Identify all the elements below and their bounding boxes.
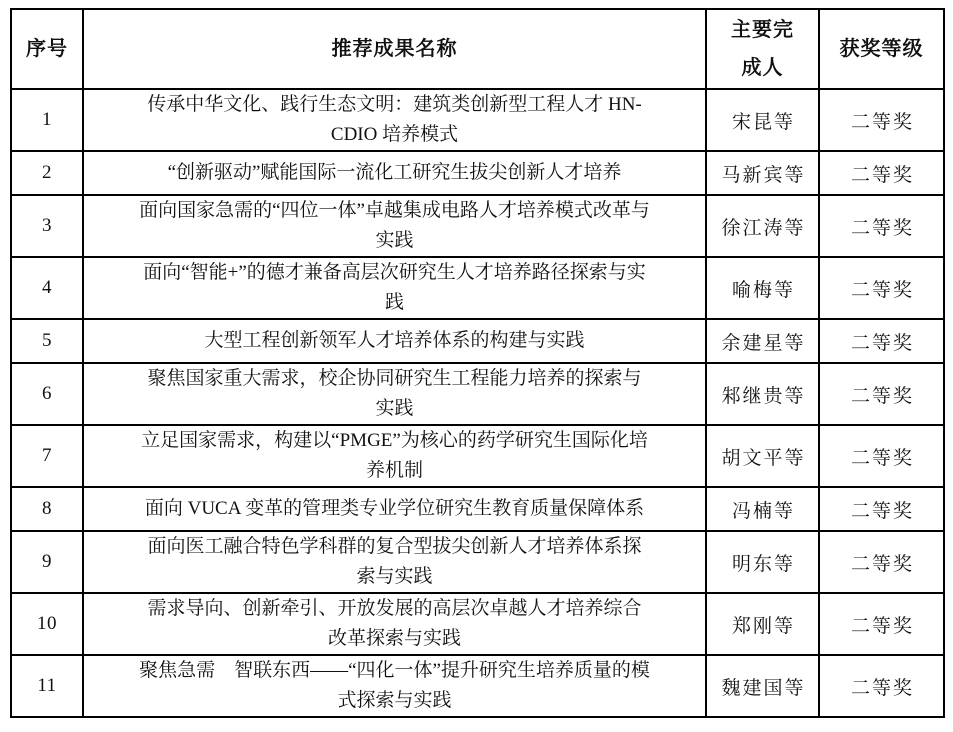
cell-achievement-name: 面向 VUCA 变革的管理类专业学位研究生教育质量保障体系 — [83, 487, 706, 531]
cell-contributors: 马新宾等 — [706, 151, 819, 195]
cell-award-level: 二等奖 — [819, 195, 944, 257]
cell-contributors: 邾继贵等 — [706, 363, 819, 425]
cell-achievement-name: 需求导向、创新牵引、开放发展的高层次卓越人才培养综合改革探索与实践 — [83, 593, 706, 655]
table-row: 2 “创新驱动”赋能国际一流化工研究生拔尖创新人才培养 马新宾等 二等奖 — [11, 151, 944, 195]
cell-index: 9 — [11, 531, 83, 593]
cell-award-level: 二等奖 — [819, 319, 944, 363]
cell-contributors: 魏建国等 — [706, 655, 819, 717]
cell-index: 7 — [11, 425, 83, 487]
cell-index: 6 — [11, 363, 83, 425]
header-row: 序号 推荐成果名称 主要完成人 获奖等级 — [11, 9, 944, 89]
cell-contributors: 宋昆等 — [706, 89, 819, 151]
cell-index: 4 — [11, 257, 83, 319]
table-row: 4 面向“智能+”的德才兼备高层次研究生人才培养路径探索与实践 喻梅等 二等奖 — [11, 257, 944, 319]
cell-index: 5 — [11, 319, 83, 363]
column-header-award: 获奖等级 — [819, 9, 944, 89]
cell-award-level: 二等奖 — [819, 363, 944, 425]
table-row: 9 面向医工融合特色学科群的复合型拔尖创新人才培养体系探索与实践 明东等 二等奖 — [11, 531, 944, 593]
table-row: 5 大型工程创新领军人才培养体系的构建与实践 余建星等 二等奖 — [11, 319, 944, 363]
cell-contributors: 冯楠等 — [706, 487, 819, 531]
table-body: 1 传承中华文化、践行生态文明：建筑类创新型工程人才 HN-CDIO 培养模式 … — [11, 89, 944, 717]
cell-index: 2 — [11, 151, 83, 195]
column-header-contributors-label: 主要完成人 — [730, 11, 796, 87]
cell-contributors: 徐江涛等 — [706, 195, 819, 257]
cell-award-level: 二等奖 — [819, 531, 944, 593]
cell-award-level: 二等奖 — [819, 89, 944, 151]
table-row: 6 聚焦国家重大需求，校企协同研究生工程能力培养的探索与实践 邾继贵等 二等奖 — [11, 363, 944, 425]
column-header-name: 推荐成果名称 — [83, 9, 706, 89]
table-row: 10 需求导向、创新牵引、开放发展的高层次卓越人才培养综合改革探索与实践 郑刚等… — [11, 593, 944, 655]
table-row: 8 面向 VUCA 变革的管理类专业学位研究生教育质量保障体系 冯楠等 二等奖 — [11, 487, 944, 531]
awards-table: 序号 推荐成果名称 主要完成人 获奖等级 1 传承中华文化、践行生态文明：建筑类… — [10, 8, 945, 718]
cell-contributors: 胡文平等 — [706, 425, 819, 487]
cell-achievement-name: 面向“智能+”的德才兼备高层次研究生人才培养路径探索与实践 — [83, 257, 706, 319]
column-header-contributors: 主要完成人 — [706, 9, 819, 89]
cell-award-level: 二等奖 — [819, 487, 944, 531]
cell-index: 1 — [11, 89, 83, 151]
cell-contributors: 郑刚等 — [706, 593, 819, 655]
cell-achievement-name: 传承中华文化、践行生态文明：建筑类创新型工程人才 HN-CDIO 培养模式 — [83, 89, 706, 151]
cell-index: 8 — [11, 487, 83, 531]
cell-achievement-name: “创新驱动”赋能国际一流化工研究生拔尖创新人才培养 — [83, 151, 706, 195]
cell-contributors: 明东等 — [706, 531, 819, 593]
table-row: 7 立足国家需求，构建以“PMGE”为核心的药学研究生国际化培养机制 胡文平等 … — [11, 425, 944, 487]
table-row: 1 传承中华文化、践行生态文明：建筑类创新型工程人才 HN-CDIO 培养模式 … — [11, 89, 944, 151]
cell-index: 11 — [11, 655, 83, 717]
cell-achievement-name: 面向医工融合特色学科群的复合型拔尖创新人才培养体系探索与实践 — [83, 531, 706, 593]
cell-contributors: 余建星等 — [706, 319, 819, 363]
cell-achievement-name: 立足国家需求，构建以“PMGE”为核心的药学研究生国际化培养机制 — [83, 425, 706, 487]
cell-index: 3 — [11, 195, 83, 257]
cell-award-level: 二等奖 — [819, 151, 944, 195]
table-row: 11 聚焦急需 智联东西——“四化一体”提升研究生培养质量的模式探索与实践 魏建… — [11, 655, 944, 717]
cell-contributors: 喻梅等 — [706, 257, 819, 319]
column-header-index: 序号 — [11, 9, 83, 89]
table-row: 3 面向国家急需的“四位一体”卓越集成电路人才培养模式改革与实践 徐江涛等 二等… — [11, 195, 944, 257]
table-header: 序号 推荐成果名称 主要完成人 获奖等级 — [11, 9, 944, 89]
cell-award-level: 二等奖 — [819, 425, 944, 487]
cell-achievement-name: 大型工程创新领军人才培养体系的构建与实践 — [83, 319, 706, 363]
cell-achievement-name: 聚焦国家重大需求，校企协同研究生工程能力培养的探索与实践 — [83, 363, 706, 425]
cell-award-level: 二等奖 — [819, 593, 944, 655]
cell-award-level: 二等奖 — [819, 655, 944, 717]
cell-achievement-name: 聚焦急需 智联东西——“四化一体”提升研究生培养质量的模式探索与实践 — [83, 655, 706, 717]
cell-achievement-name: 面向国家急需的“四位一体”卓越集成电路人才培养模式改革与实践 — [83, 195, 706, 257]
document-page: 序号 推荐成果名称 主要完成人 获奖等级 1 传承中华文化、践行生态文明：建筑类… — [0, 0, 953, 732]
cell-award-level: 二等奖 — [819, 257, 944, 319]
cell-index: 10 — [11, 593, 83, 655]
